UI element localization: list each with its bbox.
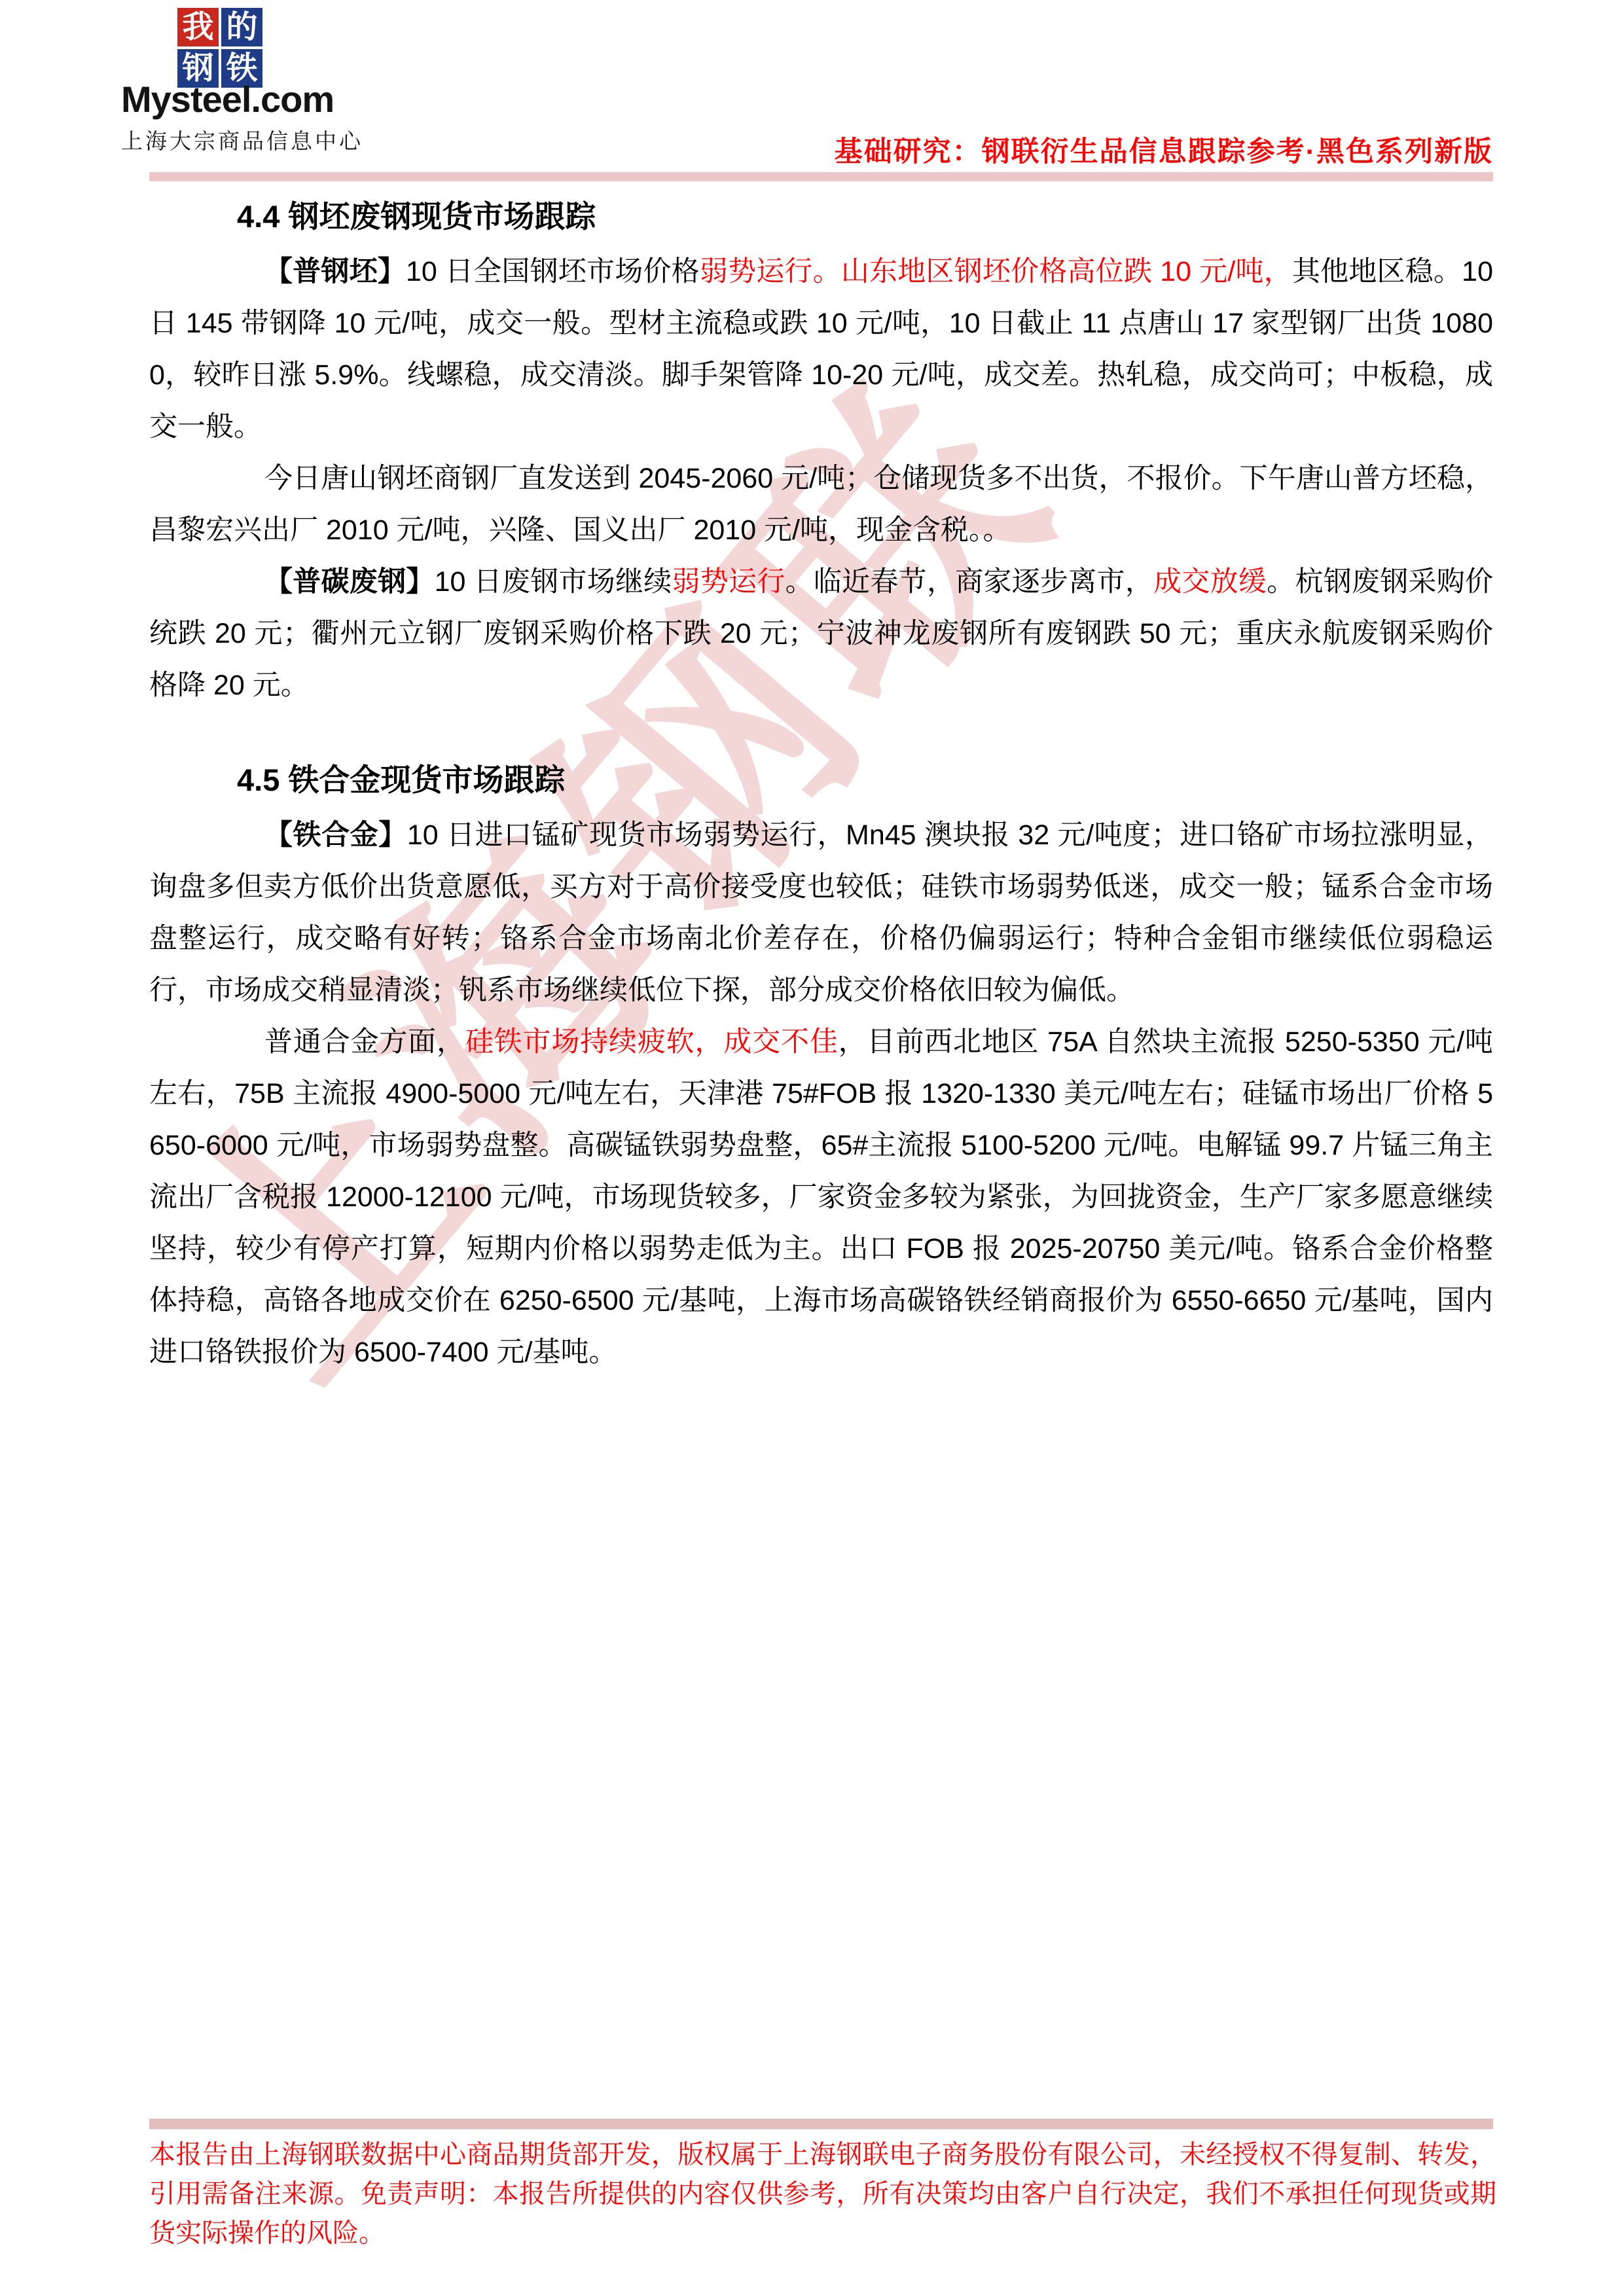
body-paragraph: 【普钢坯】10 日全国钢坯市场价格弱势运行。山东地区钢坯价格高位跌 10 元/吨… (149, 246, 1493, 453)
text-run: 10 日废钢市场继续 (435, 566, 672, 598)
text-run: 成交放缓 (1153, 566, 1267, 598)
logo-tile-wo: 我 (177, 8, 219, 46)
text-run: 弱势运行 (672, 566, 785, 598)
body-paragraph: 【普碳废钢】10 日废钢市场继续弱势运行。临近春节，商家逐步离市，成交放缓。杭钢… (149, 556, 1493, 711)
header-divider (149, 172, 1493, 181)
text-run: 【普碳废钢】 (264, 566, 435, 598)
text-run: 弱势运行。山东地区钢坯价格高位跌 10 元/吨， (700, 256, 1292, 287)
text-run: 。临近春节，商家逐步离市， (785, 566, 1153, 598)
mysteel-logo: 我 的 钢 铁 Mysteel.com 上海大宗商品信息中心 (121, 8, 383, 155)
footer-disclaimer: 本报告由上海钢联数据中心商品期货部开发，版权属于上海钢联电子商务股份有限公司，未… (149, 2135, 1496, 2253)
text-run: 今日唐山钢坯商钢厂直发送到 2045-2060 元/吨；仓储现货多不出货，不报价… (149, 463, 1493, 546)
logo-tiles: 我 的 钢 铁 (177, 8, 264, 88)
text-run: 硅铁市场持续疲软，成交不佳 (465, 1026, 839, 1058)
report-section: 4.5 铁合金现货市场跟踪 【铁合金】10 日进口锰矿现货市场弱势运行，Mn45… (149, 762, 1493, 1378)
logo-tagline: 上海大宗商品信息中心 (121, 124, 383, 155)
body-paragraph: 【铁合金】10 日进口锰矿现货市场弱势运行，Mn45 澳块报 32 元/吨度；进… (149, 810, 1493, 1016)
section-heading: 4.4 钢坯废钢现货市场跟踪 (237, 199, 1493, 234)
report-body: 4.4 钢坯废钢现货市场跟踪 【普钢坯】10 日全国钢坯市场价格弱势运行。山东地… (149, 190, 1493, 1378)
text-run: 【铁合金】 (264, 819, 407, 851)
masthead: 我 的 钢 铁 Mysteel.com 上海大宗商品信息中心 基础研究：钢联衍生… (0, 0, 1624, 190)
body-paragraph: 普通合金方面，硅铁市场持续疲软，成交不佳，目前西北地区 75A 自然块主流报 5… (149, 1016, 1493, 1378)
footer-divider (149, 2119, 1493, 2129)
report-section: 4.4 钢坯废钢现货市场跟踪 【普钢坯】10 日全国钢坯市场价格弱势运行。山东地… (149, 199, 1493, 711)
section-paragraphs: 【铁合金】10 日进口锰矿现货市场弱势运行，Mn45 澳块报 32 元/吨度；进… (149, 810, 1493, 1378)
text-run: 【普钢坯】 (264, 256, 406, 287)
body-paragraph: 今日唐山钢坯商钢厂直发送到 2045-2060 元/吨；仓储现货多不出货，不报价… (149, 453, 1493, 556)
text-run: 10 日全国钢坯市场价格 (406, 256, 700, 287)
logo-tile-de: 的 (221, 8, 262, 46)
logo-brand-text: Mysteel.com (121, 81, 383, 118)
report-series-title: 基础研究：钢联衍生品信息跟踪参考·黑色系列新版 (835, 130, 1493, 170)
text-run: ，目前西北地区 75A 自然块主流报 5250-5350 元/吨左右，75B 主… (149, 1026, 1493, 1368)
section-paragraphs: 【普钢坯】10 日全国钢坯市场价格弱势运行。山东地区钢坯价格高位跌 10 元/吨… (149, 246, 1493, 711)
report-page: 上海钢联 我 的 钢 铁 Mysteel.com 上海大宗商品信息中心 基础研究… (0, 0, 1624, 2296)
text-run: 普通合金方面， (264, 1026, 465, 1058)
section-heading: 4.5 铁合金现货市场跟踪 (237, 762, 1493, 798)
